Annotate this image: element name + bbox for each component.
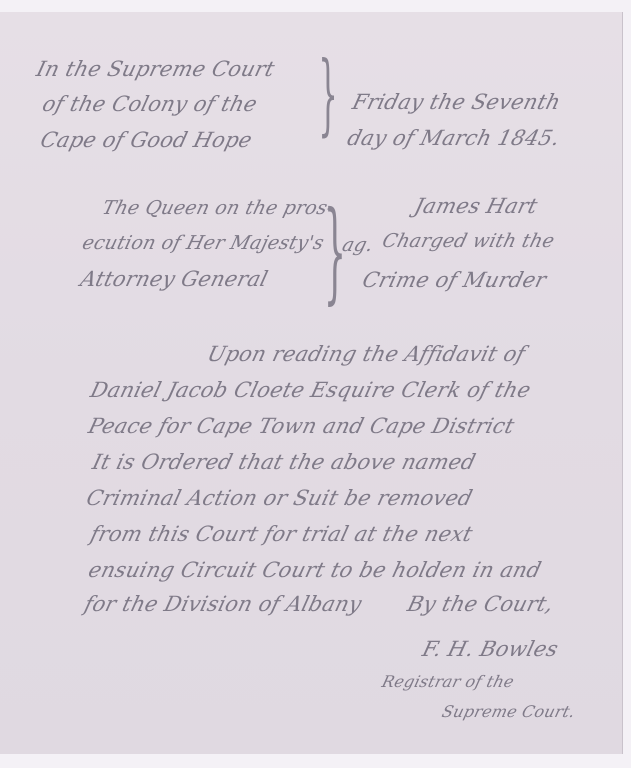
body-line-1: Upon reading the Affidavit of: [205, 342, 528, 366]
signature-title-2: Supreme Court.: [440, 702, 577, 721]
document-page: In the Supreme Court of the Colony of th…: [0, 12, 622, 754]
order-closing: By the Court,: [405, 592, 556, 616]
body-line-2: Daniel Jacob Cloete Esquire Clerk of the: [88, 378, 533, 402]
body-line-4: It is Ordered that the above named: [90, 450, 478, 474]
body-line-5: Criminal Action or Suit be removed: [84, 486, 475, 510]
court-line-1: In the Supreme Court: [34, 57, 277, 81]
plaintiff-line-2: ecution of Her Majesty's: [80, 232, 326, 254]
signature-name: F. H. Bowles: [420, 637, 561, 661]
versus-label: ag.: [340, 234, 376, 256]
signature-title-1: Registrar of the: [380, 672, 516, 691]
plaintiff-line-3: Attorney General: [78, 267, 270, 291]
body-line-3: Peace for Cape Town and Cape District: [86, 414, 517, 438]
body-line-7: ensuing Circuit Court to be holden in an…: [86, 558, 544, 582]
date-line-1: Friday the Seventh: [350, 90, 563, 114]
court-line-3: Cape of Good Hope: [38, 128, 255, 152]
plaintiff-line-1: The Queen on the pros-: [100, 197, 336, 219]
defendant-line-2: Charged with the: [380, 230, 557, 252]
defendant-line-3: Crime of Murder: [360, 268, 549, 292]
court-line-2: of the Colony of the: [40, 92, 260, 116]
heading-brace: }: [318, 42, 338, 145]
date-line-2: day of March 1845.: [345, 126, 562, 150]
body-line-6: from this Court for trial at the next: [88, 522, 475, 546]
body-line-8: for the Division of Albany: [82, 592, 364, 616]
defendant-line-1: James Hart: [412, 194, 540, 218]
